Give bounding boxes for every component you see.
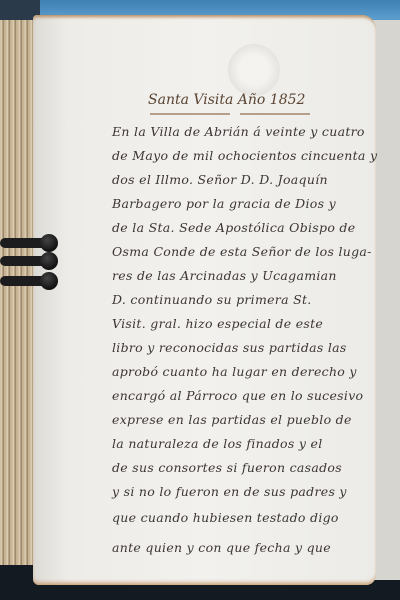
manuscript-line: res de las Arcinadas y Ucagamian [112,268,382,283]
manuscript-line: ante quien y con que fecha y que [112,540,382,555]
manuscript-line: D. continuando su primera St. [112,292,382,307]
manuscript-line: y si no lo fueron en de sus padres y [112,484,382,499]
clip-head-1-icon [40,234,58,252]
manuscript-line: de sus consortes si fueron casados [112,460,382,475]
clip-head-3-icon [40,272,58,290]
title-underline-left [150,113,230,115]
manuscript-line: encargó al Párroco que en lo sucesivo [112,388,382,403]
manuscript-line: En la Villa de Abrián á veinte y cuatro [112,124,382,139]
manuscript-line: dos el Illmo. Señor D. D. Joaquín [112,172,382,187]
manuscript-line: Barbagero por la gracia de Dios y [112,196,382,211]
manuscript-line: Osma Conde de esta Señor de los luga- [112,244,382,259]
manuscript-line: que cuando hubiesen testado digo [112,510,382,525]
page-title: Santa Visita Año 1852 [148,92,305,108]
manuscript-line: la naturaleza de los finados y el [112,436,382,451]
manuscript-line: exprese en las partidas el pueblo de [112,412,382,427]
manuscript-line: aprobó cuanto ha lugar en derecho y [112,364,382,379]
manuscript-line: libro y reconocidas sus partidas las [112,340,382,355]
clip-head-2-icon [40,252,58,270]
manuscript-line: de la Sta. Sede Apostólica Obispo de [112,220,382,235]
embossed-seal-icon [228,44,280,96]
manuscript-line: de Mayo de mil ochocientos cincuenta y [112,148,382,163]
manuscript-line: Visit. gral. hizo especial de este [112,316,382,331]
title-underline-right [240,113,310,115]
